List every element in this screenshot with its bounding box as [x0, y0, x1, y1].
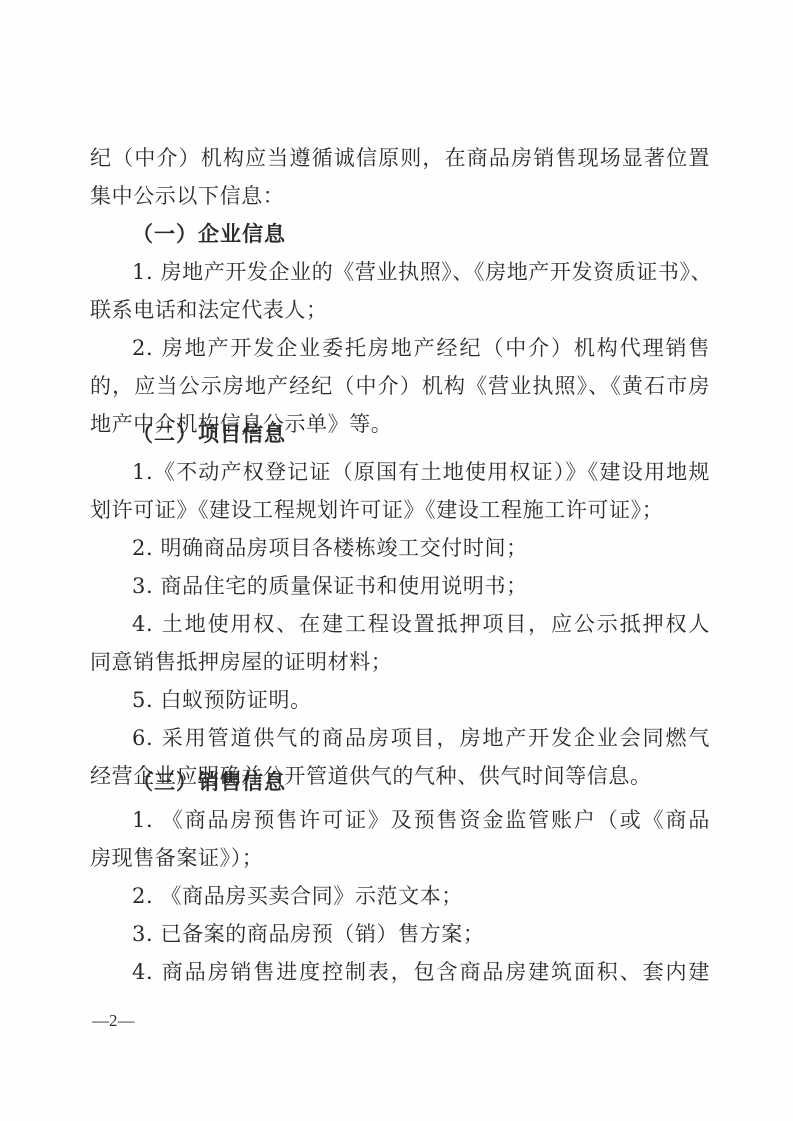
intro-line-2: 集中公示以下信息： [90, 182, 710, 210]
section-heading-project-info: （二）项目信息 [132, 420, 286, 448]
page-number: —2— [92, 1010, 135, 1032]
section3-item1-line2: 房现售备案证》）； [90, 844, 710, 872]
section2-item3: 3. 商品住宅的质量保证书和使用说明书； [132, 572, 710, 600]
section2-item5: 5. 白蚁预防证明。 [132, 686, 710, 714]
section3-item3: 3. 已备案的商品房预（销）售方案； [132, 920, 710, 948]
section1-item2-line1: 2. 房地产开发企业委托房地产经纪（中介）机构代理销售 [132, 334, 710, 362]
section3-item2: 2. 《商品房买卖合同》示范文本； [132, 882, 710, 910]
section2-item1-line2: 划许可证》《建设工程规划许可证》《建设工程施工许可证》； [90, 496, 710, 524]
section2-item4-line1: 4. 土地使用权、在建工程设置抵押项目，应公示抵押权人 [132, 610, 710, 638]
section-heading-sales-info: （三）销售信息 [132, 768, 286, 796]
section-heading-enterprise-info: （一）企业信息 [132, 220, 286, 248]
section3-item4-line1: 4. 商品房销售进度控制表，包含商品房建筑面积、套内建 [132, 958, 710, 986]
section1-item2-line2: 的，应当公示房地产经纪（中介）机构《营业执照》、《黄石市房 [90, 372, 710, 400]
section2-item1-line1: 1.《不动产权登记证（原国有土地使用权证）》《建设用地规 [132, 458, 710, 486]
document-page: 纪（中介）机构应当遵循诚信原则，在商品房销售现场显著位置 集中公示以下信息： （… [0, 0, 793, 1121]
section1-item1-line1: 1. 房地产开发企业的《营业执照》、《房地产开发资质证书》、 [132, 258, 710, 286]
section1-item1-line2: 联系电话和法定代表人； [90, 296, 710, 324]
intro-line-1: 纪（中介）机构应当遵循诚信原则，在商品房销售现场显著位置 [90, 144, 710, 172]
section3-item1-line1: 1. 《商品房预售许可证》及预售资金监管账户（或《商品 [132, 806, 710, 834]
section2-item6-line1: 6. 采用管道供气的商品房项目，房地产开发企业会同燃气 [132, 724, 710, 752]
section2-item2: 2. 明确商品房项目各楼栋竣工交付时间； [132, 534, 710, 562]
section2-item4-line2: 同意销售抵押房屋的证明材料； [90, 648, 710, 676]
